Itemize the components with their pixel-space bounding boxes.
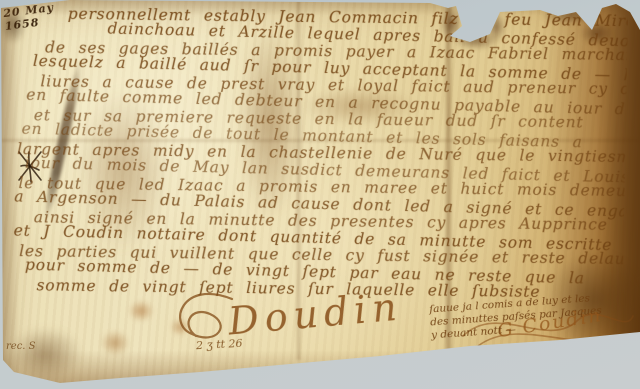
parchment-document: 20 May 1658 personnellemt estably Jean C… bbox=[0, 0, 640, 389]
spot-stain bbox=[100, 330, 130, 356]
corner-stain bbox=[8, 328, 82, 380]
spot-stain bbox=[128, 300, 154, 322]
photo-background: 20 May 1658 personnellemt estably Jean C… bbox=[0, 0, 640, 389]
marginal-amount-note: 2 ʒ tt 26 bbox=[196, 337, 243, 352]
manuscript-body: personnellemt estably Jean Commacin filz… bbox=[10, 3, 627, 304]
marginal-left-note: rec. S bbox=[6, 341, 36, 352]
